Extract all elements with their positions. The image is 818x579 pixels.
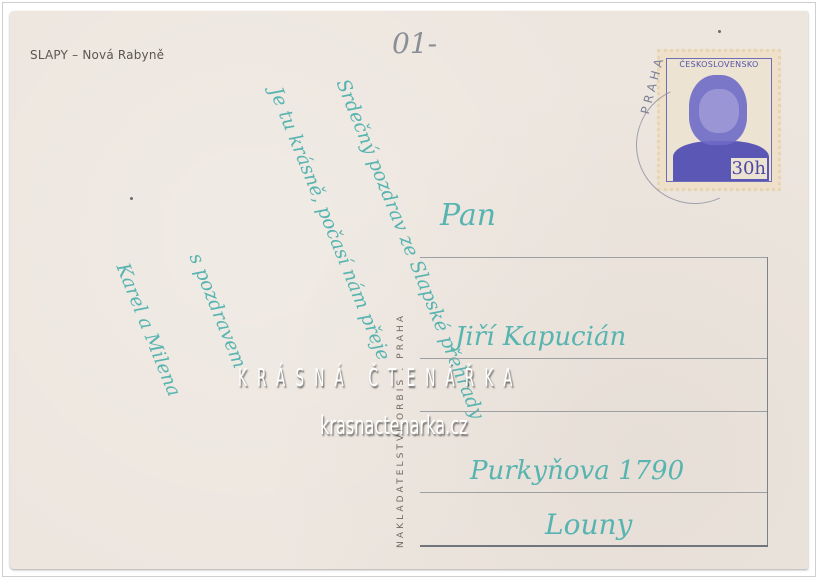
address-line-2 (420, 358, 767, 359)
address-line-1 (420, 257, 767, 258)
address-salutation: Pan (440, 198, 496, 233)
address-name: Jiří Kapucián (455, 322, 626, 352)
stamp-country: ČESKOSLOVENSKO (667, 60, 771, 69)
address-line-4 (420, 492, 767, 493)
paper-speck (130, 197, 133, 200)
address-city: Louny (545, 508, 632, 541)
paper-speck (718, 30, 721, 33)
pencil-note: 01- (392, 27, 437, 60)
watermark-url: krasnactenarka.cz (320, 411, 468, 441)
address-line-3 (420, 411, 767, 412)
watermark-title: KRÁSNÁ ČTENÁŘKA (238, 363, 523, 392)
address-box-right-border (767, 257, 768, 545)
postcard-caption: SLAPY – Nová Rabyně (30, 48, 164, 62)
address-box-bottom-border (420, 545, 768, 547)
address-street: Purkyňova 1790 (470, 456, 684, 486)
